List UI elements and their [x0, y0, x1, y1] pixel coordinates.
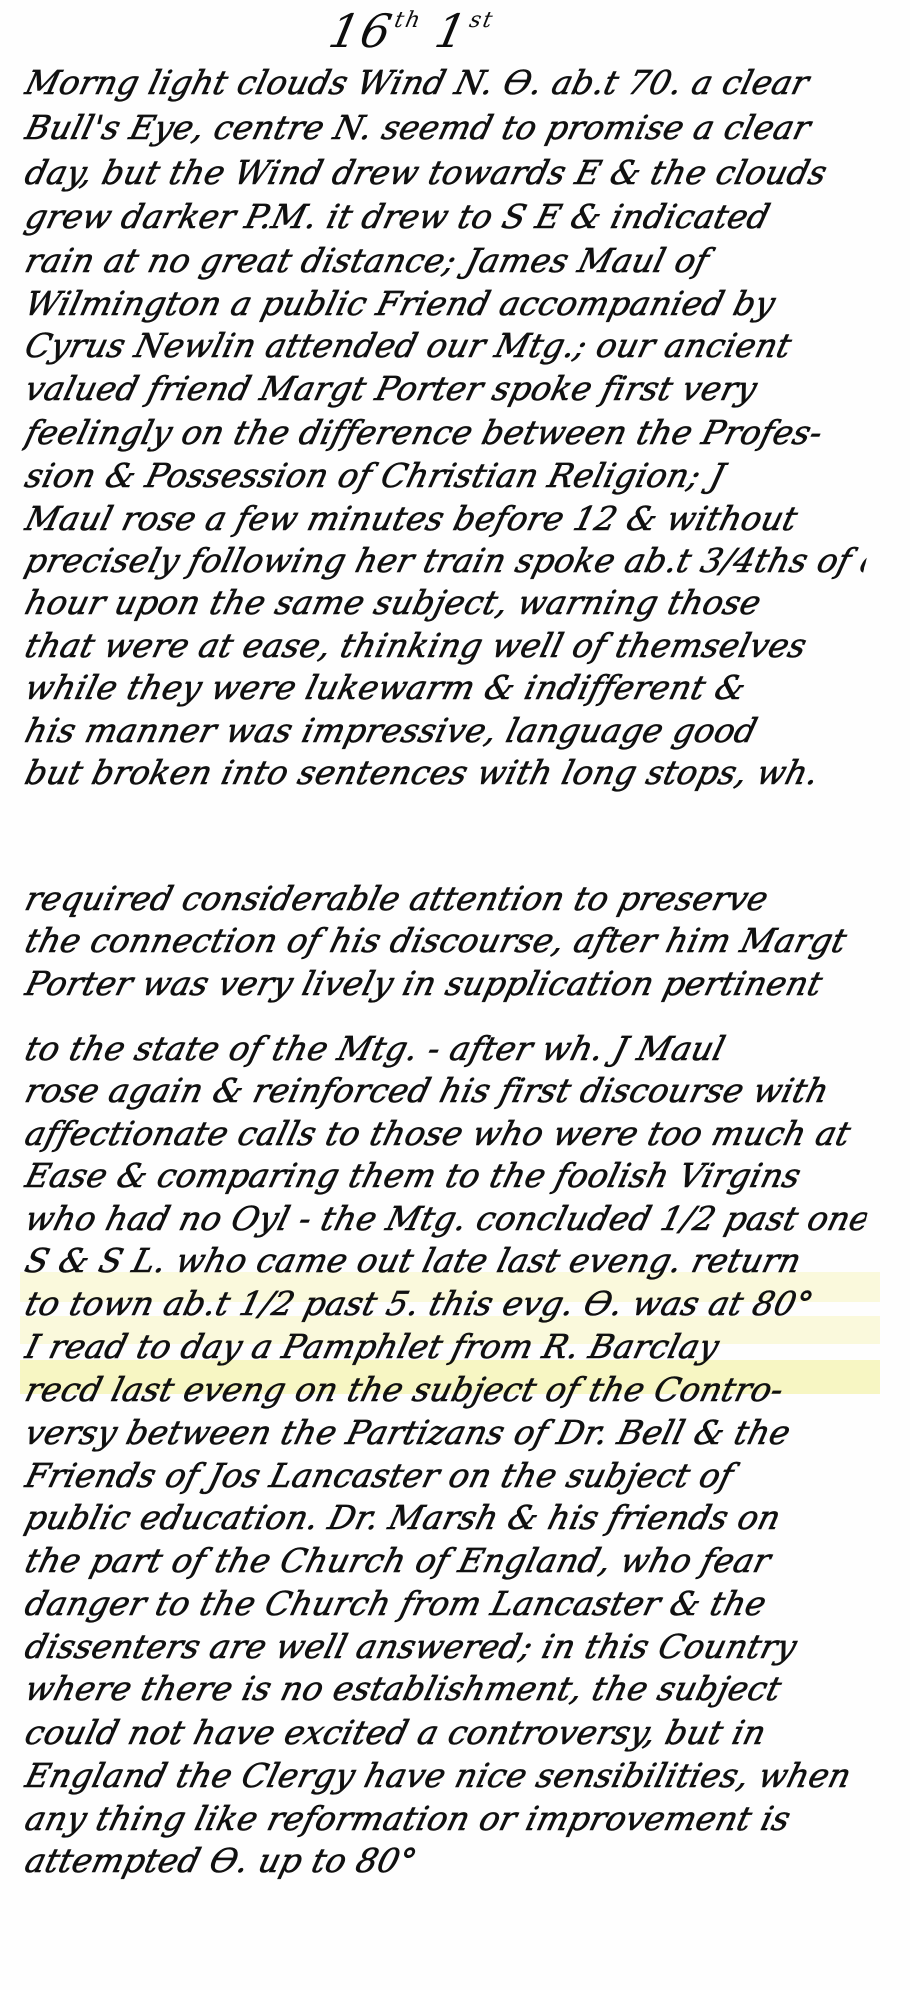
- manuscript-line: Morng light clouds Wind N. Ө. ab.t 70. a…: [21, 62, 871, 104]
- manuscript-line: precisely following her train spoke ab.t…: [21, 540, 871, 582]
- manuscript-line: that were at ease, thinking well of them…: [21, 625, 871, 667]
- manuscript-line: could not have excited a controversy, bu…: [21, 1712, 871, 1754]
- manuscript-line: Ease & comparing them to the foolish Vir…: [21, 1155, 871, 1197]
- manuscript-line: Bull's Eye, centre N. seemd to promise a…: [21, 107, 871, 149]
- manuscript-line: sion & Possession of Christian Religion;…: [21, 455, 871, 497]
- manuscript-line: feelingly on the difference between the …: [21, 412, 871, 454]
- manuscript-line: public education. Dr. Marsh & his friend…: [21, 1497, 871, 1539]
- manuscript-line: while they were lukewarm & indifferent &: [21, 667, 871, 709]
- manuscript-line: recd last eveng on the subject of the Co…: [21, 1369, 871, 1411]
- manuscript-line: affectionate calls to those who were too…: [21, 1113, 871, 1155]
- manuscript-line: versy between the Partizans of Dr. Bell …: [21, 1412, 871, 1454]
- heading-day-suffix: th: [392, 8, 424, 33]
- manuscript-line: Wilmington a public Friend accompanied b…: [21, 283, 871, 325]
- manuscript-line: Friends of Jos Lancaster on the subject …: [21, 1455, 871, 1497]
- manuscript-line: Porter was very lively in supplication p…: [21, 963, 871, 1005]
- manuscript-line: his manner was impressive, language good: [21, 710, 871, 752]
- manuscript-line: danger to the Church from Lancaster & th…: [21, 1583, 871, 1625]
- manuscript-line: the part of the Church of England, who f…: [21, 1540, 871, 1582]
- manuscript-line: dissenters are well answered; in this Co…: [21, 1626, 871, 1668]
- manuscript-line: any thing like reformation or improvemen…: [21, 1798, 871, 1840]
- manuscript-line: England the Clergy have nice sensibiliti…: [21, 1755, 871, 1797]
- manuscript-line: who had no Oyl - the Mtg. concluded 1/2 …: [21, 1198, 871, 1240]
- manuscript-line: S & S L. who came out late last eveng. r…: [21, 1240, 871, 1282]
- manuscript-line: I read to day a Pamphlet from R. Barclay: [21, 1326, 871, 1368]
- manuscript-page: 16th 1st Morng light clouds Wind N. Ө. a…: [0, 0, 910, 1990]
- manuscript-line: attempted Ө. up to 80°: [21, 1840, 871, 1882]
- manuscript-line: but broken into sentences with long stop…: [21, 752, 871, 794]
- manuscript-line: day, but the Wind drew towards E & the c…: [21, 152, 871, 194]
- heading-day: 16: [324, 4, 398, 58]
- manuscript-line: where there is no establishment, the sub…: [21, 1668, 871, 1710]
- manuscript-line: to the state of the Mtg. - after wh. J M…: [21, 1028, 871, 1070]
- manuscript-line: grew darker P.M. it drew to S E & indica…: [21, 196, 871, 238]
- manuscript-line: required considerable attention to prese…: [21, 878, 871, 920]
- manuscript-line: Cyrus Newlin attended our Mtg.; our anci…: [21, 325, 871, 367]
- heading-month-suffix: st: [467, 8, 496, 33]
- manuscript-line: hour upon the same subject, warning thos…: [21, 582, 871, 624]
- manuscript-line: the connection of his discourse, after h…: [21, 920, 871, 962]
- page-heading-date: 16th 1st: [324, 4, 497, 58]
- manuscript-line: rose again & reinforced his first discou…: [21, 1070, 871, 1112]
- manuscript-line: Maul rose a few minutes before 12 & with…: [21, 498, 871, 540]
- manuscript-line: valued friend Margt Porter spoke first v…: [21, 368, 871, 410]
- manuscript-line: to town ab.t 1/2 past 5. this evg. Ө. wa…: [21, 1283, 871, 1325]
- manuscript-line: rain at no great distance; James Maul of: [21, 240, 871, 282]
